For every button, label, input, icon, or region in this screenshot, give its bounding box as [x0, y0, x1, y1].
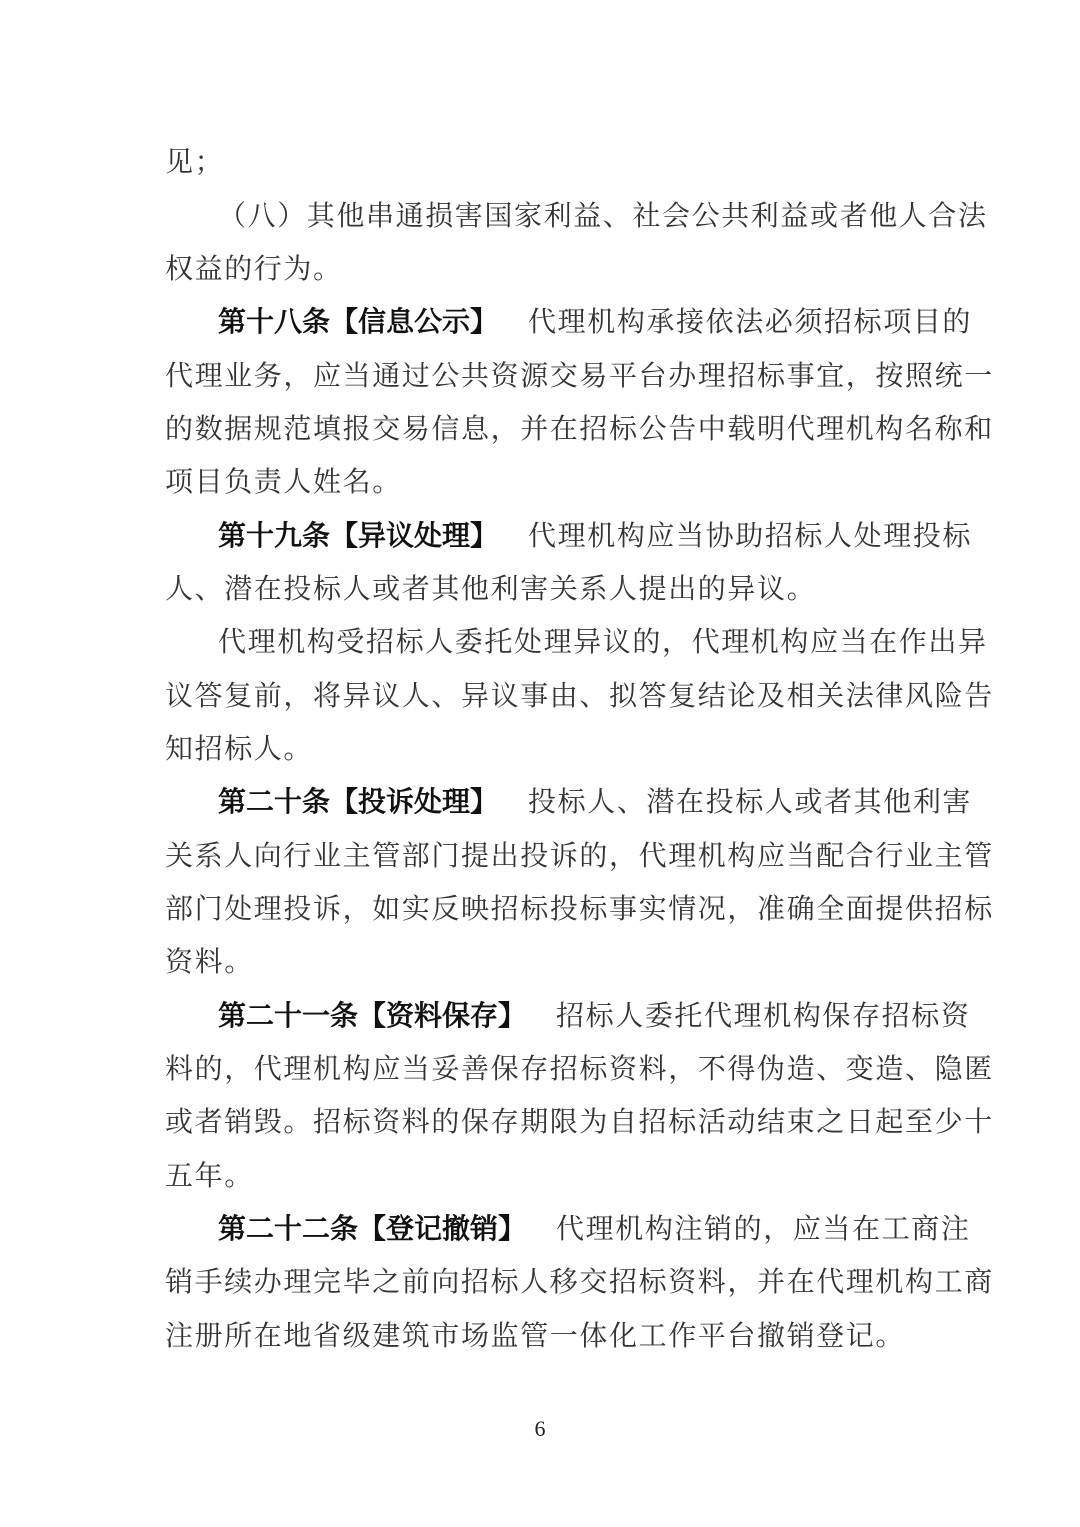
article-heading: 第十九条【异议处理】 — [218, 519, 498, 552]
article-18-heading-line: 第十八条【信息公示】代理机构承接依法必须招标项目的 — [218, 302, 917, 342]
text-line: 料的，代理机构应当妥善保存招标资料，不得伪造、变造、隐匿 — [165, 1049, 917, 1089]
text-line: 部门处理投诉，如实反映招标投标事实情况，准确全面提供招标 — [165, 889, 917, 929]
text-line: 见； — [165, 142, 917, 182]
paragraph-text: 议答复前，将异议人、异议事由、拟答复结论及相关法律风险告 — [165, 679, 994, 712]
text-line: 代理业务，应当通过公共资源交易平台办理招标事宜，按照统一 — [165, 356, 917, 396]
paragraph-text: 部门处理投诉，如实反映招标投标事实情况，准确全面提供招标 — [165, 892, 994, 925]
article-21-heading-line: 第二十一条【资料保存】招标人委托代理机构保存招标资 — [218, 996, 917, 1036]
text-line: 议答复前，将异议人、异议事由、拟答复结论及相关法律风险告 — [165, 676, 917, 716]
paragraph-text: 代理机构受招标人委托处理异议的，代理机构应当在作出异 — [218, 625, 988, 658]
paragraph-text: 资料。 — [165, 945, 254, 978]
text-line: 人、潜在投标人或者其他利害关系人提出的异议。 — [165, 569, 917, 609]
article-heading: 第十八条【信息公示】 — [218, 305, 498, 338]
paragraph-text: 投标人、潜在投标人或者其他利害 — [528, 785, 972, 818]
page-number: 6 — [0, 1416, 1080, 1442]
paragraph-text: 招标人委托代理机构保存招标资 — [556, 999, 970, 1032]
paragraph-text: 代理机构应当协助招标人处理投标 — [528, 519, 972, 552]
paragraph-text: 或者销毁。招标资料的保存期限为自招标活动结束之日起至少十 — [165, 1105, 994, 1138]
text-line: （八）其他串通损害国家利益、社会公共利益或者他人合法 — [218, 196, 917, 236]
article-19-heading-line: 第十九条【异议处理】代理机构应当协助招标人处理投标 — [218, 516, 917, 556]
text-line: 或者销毁。招标资料的保存期限为自招标活动结束之日起至少十 — [165, 1102, 917, 1142]
paragraph-text: 项目负责人姓名。 — [165, 465, 402, 498]
text-line: 知招标人。 — [165, 729, 917, 769]
paragraph-text: 料的，代理机构应当妥善保存招标资料，不得伪造、变造、隐匿 — [165, 1052, 994, 1085]
document-page: 见； （八）其他串通损害国家利益、社会公共利益或者他人合法 权益的行为。 第十八… — [0, 0, 1080, 1527]
text-line: 代理机构受招标人委托处理异议的，代理机构应当在作出异 — [218, 622, 917, 662]
text-line: 的数据规范填报交易信息，并在招标公告中载明代理机构名称和 — [165, 409, 917, 449]
article-heading: 第二十条【投诉处理】 — [218, 785, 498, 818]
article-heading: 第二十一条【资料保存】 — [218, 999, 526, 1032]
paragraph-text: 代理机构注销的，应当在工商注 — [556, 1212, 970, 1245]
article-20-heading-line: 第二十条【投诉处理】投标人、潜在投标人或者其他利害 — [218, 782, 917, 822]
text-line: 项目负责人姓名。 — [165, 462, 917, 502]
paragraph-text: 的数据规范填报交易信息，并在招标公告中载明代理机构名称和 — [165, 412, 994, 445]
text-line: 权益的行为。 — [165, 249, 917, 289]
text-line: 注册所在地省级建筑市场监管一体化工作平台撤销登记。 — [165, 1316, 917, 1356]
paragraph-text: 见； — [165, 145, 224, 178]
article-22-heading-line: 第二十二条【登记撤销】代理机构注销的，应当在工商注 — [218, 1209, 917, 1249]
paragraph-text: 权益的行为。 — [165, 252, 343, 285]
text-line: 销手续办理完毕之前向招标人移交招标资料，并在代理机构工商 — [165, 1262, 917, 1302]
paragraph-text: 销手续办理完毕之前向招标人移交招标资料，并在代理机构工商 — [165, 1265, 994, 1298]
paragraph-text: 代理业务，应当通过公共资源交易平台办理招标事宜，按照统一 — [165, 359, 994, 392]
text-line: 关系人向行业主管部门提出投诉的，代理机构应当配合行业主管 — [165, 836, 917, 876]
paragraph-text: 人、潜在投标人或者其他利害关系人提出的异议。 — [165, 572, 816, 605]
paragraph-text: 知招标人。 — [165, 732, 313, 765]
paragraph-text: 五年。 — [165, 1159, 254, 1192]
paragraph-text: 关系人向行业主管部门提出投诉的，代理机构应当配合行业主管 — [165, 839, 994, 872]
paragraph-text: （八）其他串通损害国家利益、社会公共利益或者他人合法 — [218, 199, 988, 232]
paragraph-text: 注册所在地省级建筑市场监管一体化工作平台撤销登记。 — [165, 1319, 905, 1352]
text-line: 资料。 — [165, 942, 917, 982]
text-line: 五年。 — [165, 1156, 917, 1196]
article-heading: 第二十二条【登记撤销】 — [218, 1212, 526, 1245]
paragraph-text: 代理机构承接依法必须招标项目的 — [528, 305, 972, 338]
